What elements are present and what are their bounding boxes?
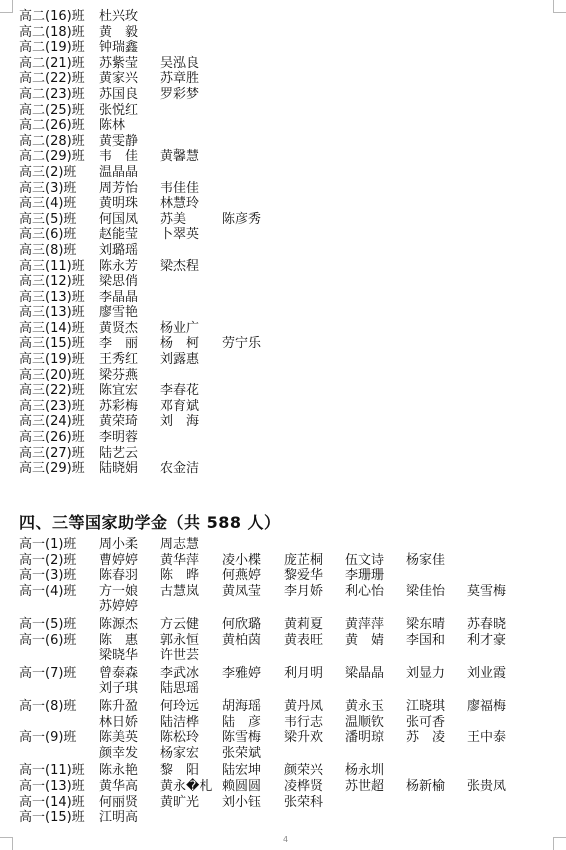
- student-name: 周小柔: [99, 537, 138, 553]
- class-label: 高三(27)班: [19, 446, 85, 462]
- page-corner-mark: [0, 0, 13, 13]
- student-name: 何燕婷: [222, 568, 261, 584]
- student-name: 温晶晶: [99, 165, 138, 181]
- student-name: 卜翠英: [160, 227, 199, 243]
- class-label: 高一(11)班: [19, 763, 85, 779]
- student-name: 黄萍萍: [345, 617, 384, 633]
- student-name: 王秀红: [99, 352, 138, 368]
- student-name: 钟瑞鑫: [99, 40, 138, 56]
- student-name: 方云健: [160, 617, 199, 633]
- student-name: 陈永艳: [99, 763, 138, 779]
- class-label: 高一(14)班: [19, 795, 85, 811]
- student-name: 何欣璐: [222, 617, 261, 633]
- student-name: 陈宜宏: [99, 383, 138, 399]
- student-name: 利月明: [284, 666, 323, 682]
- student-name: 苏彩梅: [99, 399, 138, 415]
- student-name: 李武冰: [160, 666, 199, 682]
- student-name: 苏紫莹: [99, 56, 138, 72]
- student-name: 伍文诗: [345, 553, 384, 569]
- class-label: 高三(23)班: [19, 399, 85, 415]
- student-name: 邓育斌: [160, 399, 199, 415]
- student-name: 李晶晶: [99, 290, 138, 306]
- student-name: 张荣科: [284, 795, 323, 811]
- student-name: 颜幸发: [99, 746, 138, 762]
- class-label: 高一(3)班: [19, 568, 76, 584]
- student-name: 黄丹凤: [284, 699, 323, 715]
- student-name: 农金洁: [160, 461, 199, 477]
- student-name: 凌小楪: [222, 553, 261, 569]
- class-label: 高一(5)班: [19, 617, 76, 633]
- class-label: 高一(9)班: [19, 730, 76, 746]
- class-label: 高一(6)班: [19, 633, 76, 649]
- student-name: 庞芷桐: [284, 553, 323, 569]
- student-name: 张荣斌: [222, 746, 261, 762]
- student-name: 李雅婷: [222, 666, 261, 682]
- student-name: 李月娇: [284, 584, 323, 600]
- student-name: 李国和: [406, 633, 445, 649]
- student-name: 陈 惠: [99, 633, 138, 649]
- student-name: 黄永�札: [160, 779, 212, 795]
- student-name: 李珊珊: [345, 568, 384, 584]
- student-name: 江明高: [99, 810, 138, 826]
- class-label: 高一(4)班: [19, 584, 76, 600]
- class-label: 高三(5)班: [19, 212, 76, 228]
- class-label: 高三(26)班: [19, 430, 85, 446]
- student-name: 韦行志: [284, 715, 323, 731]
- student-name: 刘小钰: [222, 795, 261, 811]
- student-name: 杨新榆: [406, 779, 445, 795]
- class-label: 高三(20)班: [19, 368, 85, 384]
- student-name: 黄柏茵: [222, 633, 261, 649]
- student-name: 黄馨慧: [160, 149, 199, 165]
- student-name: 黄凤莹: [222, 584, 261, 600]
- student-name: 梁芬燕: [99, 368, 138, 384]
- student-name: 梁思俏: [99, 274, 138, 290]
- class-label: 高三(22)班: [19, 383, 85, 399]
- student-name: 陆思瑶: [160, 681, 199, 697]
- student-name: 黄明珠: [99, 196, 138, 212]
- student-name: 李春花: [160, 383, 199, 399]
- class-label: 高三(15)班: [19, 336, 85, 352]
- class-label: 高三(8)班: [19, 243, 76, 259]
- class-label: 高一(13)班: [19, 779, 85, 795]
- student-name: 莫雪梅: [467, 584, 506, 600]
- class-label: 高三(11)班: [19, 259, 85, 275]
- student-name: 梁晶晶: [345, 666, 384, 682]
- student-name: 张悦红: [99, 103, 138, 119]
- student-name: 张贵凤: [467, 779, 506, 795]
- student-name: 苏春晓: [467, 617, 506, 633]
- student-name: 杨家宏: [160, 746, 199, 762]
- page-corner-mark: [0, 837, 13, 850]
- student-name: 梁东晴: [406, 617, 445, 633]
- class-label: 高三(19)班: [19, 352, 85, 368]
- student-name: 林慧玲: [160, 196, 199, 212]
- student-name: 黄永玉: [345, 699, 384, 715]
- class-label: 高二(21)班: [19, 56, 85, 72]
- student-name: 黄 婧: [345, 633, 384, 649]
- class-label: 高一(8)班: [19, 699, 76, 715]
- class-label: 高二(22)班: [19, 71, 85, 87]
- student-name: 王中泰: [467, 730, 506, 746]
- student-name: 杨家佳: [406, 553, 445, 569]
- student-name: 黄旷光: [160, 795, 199, 811]
- student-name: 黄华萍: [160, 553, 199, 569]
- student-name: 陆宏坤: [222, 763, 261, 779]
- student-name: 苏章胜: [160, 71, 199, 87]
- student-name: 苏世超: [345, 779, 384, 795]
- student-name: 陈升盈: [99, 699, 138, 715]
- student-name: 利才豪: [467, 633, 506, 649]
- class-label: 高三(13)班: [19, 290, 85, 306]
- class-label: 高三(13)班: [19, 305, 85, 321]
- student-name: 杨业广: [160, 321, 199, 337]
- student-name: 廖福梅: [467, 699, 506, 715]
- class-label: 高二(29)班: [19, 149, 85, 165]
- student-name: 陈林: [99, 118, 125, 134]
- page-corner-mark: [553, 837, 566, 850]
- student-name: 廖雪艳: [99, 305, 138, 321]
- student-name: 温顺钦: [345, 715, 384, 731]
- class-label: 高二(25)班: [19, 103, 85, 119]
- student-name: 苏 凌: [406, 730, 445, 746]
- student-name: 黄荣琦: [99, 414, 138, 430]
- student-name: 劳宁乐: [222, 336, 261, 352]
- class-label: 高二(19)班: [19, 40, 85, 56]
- student-name: 黄莉夏: [284, 617, 323, 633]
- student-name: 黎 阳: [160, 763, 199, 779]
- student-name: 周芳怡: [99, 181, 138, 197]
- student-name: 苏婷婷: [99, 599, 138, 615]
- student-name: 黄 毅: [99, 25, 138, 41]
- class-label: 高一(15)班: [19, 810, 85, 826]
- student-name: 陈美英: [99, 730, 138, 746]
- student-name: 陈松玲: [160, 730, 199, 746]
- student-name: 杨永圳: [345, 763, 384, 779]
- student-name: 梁升欢: [284, 730, 323, 746]
- student-name: 颜荣兴: [284, 763, 323, 779]
- student-name: 梁佳怡: [406, 584, 445, 600]
- student-name: 曹婷婷: [99, 553, 138, 569]
- student-name: 韦 佳: [99, 149, 138, 165]
- student-name: 陆洁桦: [160, 715, 199, 731]
- student-name: 潘明琼: [345, 730, 384, 746]
- student-name: 黄贤杰: [99, 321, 138, 337]
- class-label: 高三(14)班: [19, 321, 85, 337]
- student-name: 陈 晔: [160, 568, 199, 584]
- student-name: 陆 彦: [222, 715, 261, 731]
- class-label: 高三(3)班: [19, 181, 76, 197]
- class-label: 高一(7)班: [19, 666, 76, 682]
- student-name: 陈永芳: [99, 259, 138, 275]
- student-name: 何丽贤: [99, 795, 138, 811]
- student-name: 黄表旺: [284, 633, 323, 649]
- student-name: 黎爱华: [284, 568, 323, 584]
- student-name: 刘璐瑶: [99, 243, 138, 259]
- student-name: 陈源杰: [99, 617, 138, 633]
- class-label: 高三(24)班: [19, 414, 85, 430]
- student-name: 刘显力: [406, 666, 445, 682]
- student-name: 梁杰程: [160, 259, 199, 275]
- student-name: 李明蓉: [99, 430, 138, 446]
- student-name: 苏国良: [99, 87, 138, 103]
- class-label: 高一(2)班: [19, 553, 76, 569]
- student-name: 利心怡: [345, 584, 384, 600]
- class-label: 高一(1)班: [19, 537, 76, 553]
- student-name: 杨 柯: [160, 336, 199, 352]
- student-name: 陈彦秀: [222, 212, 261, 228]
- student-name: 何玲远: [160, 699, 199, 715]
- class-label: 高二(23)班: [19, 87, 85, 103]
- student-name: 黄雯静: [99, 134, 138, 150]
- student-name: 陈春羽: [99, 568, 138, 584]
- student-name: 刘业霞: [467, 666, 506, 682]
- student-name: 方一娘: [99, 584, 138, 600]
- student-name: 何国凤: [99, 212, 138, 228]
- student-name: 胡海瑶: [222, 699, 261, 715]
- student-name: 苏美: [160, 212, 186, 228]
- section-heading: 四、三等国家助学金（共 588 人）: [19, 510, 281, 533]
- page-number: 4: [283, 835, 288, 844]
- student-name: 林日娇: [99, 715, 138, 731]
- student-name: 黄华高: [99, 779, 138, 795]
- student-name: 张可香: [406, 715, 445, 731]
- class-label: 高三(2)班: [19, 165, 76, 181]
- class-label: 高三(4)班: [19, 196, 76, 212]
- student-name: 周志慧: [160, 537, 199, 553]
- student-name: 梁晓华: [99, 648, 138, 664]
- student-name: 赵能莹: [99, 227, 138, 243]
- student-name: 李 丽: [99, 336, 138, 352]
- student-name: 刘 海: [160, 414, 199, 430]
- student-name: 韦佳佳: [160, 181, 199, 197]
- class-label: 高三(12)班: [19, 274, 85, 290]
- class-label: 高三(6)班: [19, 227, 76, 243]
- student-name: 刘露惠: [160, 352, 199, 368]
- page-corner-mark: [553, 0, 566, 13]
- student-name: 罗彩梦: [160, 87, 199, 103]
- student-name: 杜兴玫: [99, 9, 138, 25]
- student-name: 陈雪梅: [222, 730, 261, 746]
- class-label: 高二(28)班: [19, 134, 85, 150]
- student-name: 陆晓娟: [99, 461, 138, 477]
- class-label: 高二(26)班: [19, 118, 85, 134]
- student-name: 赖圆圆: [222, 779, 261, 795]
- student-name: 江晓琪: [406, 699, 445, 715]
- student-name: 古慧岚: [160, 584, 199, 600]
- class-label: 高三(29)班: [19, 461, 85, 477]
- class-label: 高二(18)班: [19, 25, 85, 41]
- student-name: 黄家兴: [99, 71, 138, 87]
- student-name: 吴泓良: [160, 56, 199, 72]
- student-name: 凌桦贤: [284, 779, 323, 795]
- student-name: 许世芸: [160, 648, 199, 664]
- class-label: 高二(16)班: [19, 9, 85, 25]
- student-name: 郭永恒: [160, 633, 199, 649]
- student-name: 曾泰森: [99, 666, 138, 682]
- student-name: 陆艺云: [99, 446, 138, 462]
- student-name: 刘子琪: [99, 681, 138, 697]
